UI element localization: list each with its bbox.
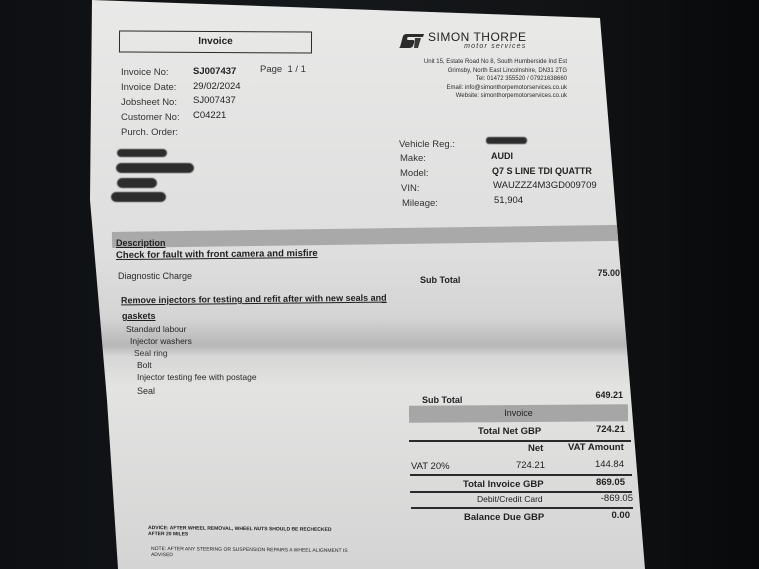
payment-method-label: Debit/Credit Card xyxy=(477,494,543,504)
redacted-vehicle-reg xyxy=(486,137,527,144)
page-label-text: Page xyxy=(260,64,282,75)
description-header-bar xyxy=(112,225,620,248)
description-header: Description xyxy=(116,238,166,248)
balance-due-value: 0.00 xyxy=(585,510,630,521)
job-title-continued: gaskets xyxy=(122,311,156,321)
net-column-header: Net xyxy=(528,443,543,454)
customer-no-label: Customer No: xyxy=(121,112,180,123)
job-item: Standard labour xyxy=(126,324,187,334)
company-name: SIMON THORPE xyxy=(428,31,526,43)
company-tagline: motor services xyxy=(428,43,526,50)
invoice-title-box: Invoice xyxy=(119,30,312,53)
make-label: Make: xyxy=(400,153,426,164)
redacted-address-line xyxy=(117,178,157,188)
website-line: Website: simonthorpemotorservices.co.uk xyxy=(424,92,567,101)
vehicle-reg-label: Vehicle Reg.: xyxy=(399,139,455,150)
page-label: Page 1 / 1 xyxy=(260,64,306,75)
vat-rate-label: VAT 20% xyxy=(411,461,450,472)
alignment-note: NOTE: AFTER ANY STEERING OR SUSPENSION R… xyxy=(151,546,348,560)
divider xyxy=(410,474,632,476)
email-line: Email: info@simonthorpemotorservices.co.… xyxy=(424,84,567,93)
st-monogram-icon xyxy=(397,33,425,49)
advice-note: ADVICE: AFTER WHEEL REMOVAL, WHEEL NUTS … xyxy=(148,525,332,539)
total-invoice-label: Total Invoice GBP xyxy=(463,479,544,490)
address-line: Grimsby, North East Lincolnshire, DN31 2… xyxy=(424,67,567,76)
job-title: Remove injectors for testing and refit a… xyxy=(121,293,387,306)
invoice-paper: Invoice Invoice No: SJ007437 Page 1 / 1 … xyxy=(0,0,759,569)
model-label: Model: xyxy=(400,168,429,179)
invoice-date-value: 29/02/2024 xyxy=(193,81,241,92)
job-subtotal-value: 75.00 xyxy=(575,268,620,278)
model-value: Q7 S LINE TDI QUATTR xyxy=(492,166,592,176)
total-invoice-value: 869.05 xyxy=(580,477,625,488)
mileage-value: 51,904 xyxy=(494,195,523,206)
jobsheet-no-value: SJ007437 xyxy=(193,95,236,106)
divider xyxy=(411,507,633,509)
vin-value: WAUZZZ4M3GD009709 xyxy=(493,180,597,191)
job-item: Injector washers xyxy=(130,336,192,346)
address-line: Unit 15, Estate Road No 8, South Humbers… xyxy=(424,58,567,67)
payment-amount-value: -869.05 xyxy=(578,493,633,504)
vin-label: VIN: xyxy=(401,183,419,194)
job-item: Diagnostic Charge xyxy=(118,271,192,281)
job-item: Injector testing fee with postage xyxy=(137,372,257,382)
vat-amount-column-header: VAT Amount xyxy=(568,442,624,453)
total-net-value: 724.21 xyxy=(580,424,625,435)
mileage-label: Mileage: xyxy=(402,198,438,209)
total-net-label: Total Net GBP xyxy=(478,426,541,437)
job-item: Bolt xyxy=(137,360,152,370)
customer-no-value: C04221 xyxy=(193,110,226,121)
job-subtotal-label: Sub Total xyxy=(420,275,460,285)
redacted-address-line xyxy=(117,149,167,157)
job-title: Check for fault with front camera and mi… xyxy=(116,248,318,261)
vat-amount-value: 144.84 xyxy=(579,459,624,470)
invoice-date-label: Invoice Date: xyxy=(121,82,176,93)
job-subtotal-label: Sub Total xyxy=(422,395,462,405)
company-logo: SIMON THORPE motor services xyxy=(397,31,526,50)
invoice-no-label: Invoice No: xyxy=(121,67,169,78)
page-value: 1 / 1 xyxy=(287,64,306,75)
invoice-no-value: SJ007437 xyxy=(193,66,236,77)
job-item: Seal ring xyxy=(134,348,168,358)
purch-order-label: Purch. Order: xyxy=(121,127,178,138)
phone-line: Tel: 01472 355520 / 07921638660 xyxy=(424,75,567,84)
jobsheet-no-label: Jobsheet No: xyxy=(121,97,177,108)
job-subtotal-value: 649.21 xyxy=(578,390,623,400)
vat-net-value: 724.21 xyxy=(500,460,545,471)
balance-due-label: Balance Due GBP xyxy=(464,512,544,523)
company-address: Unit 15, Estate Road No 8, South Humbers… xyxy=(424,58,567,101)
make-value: AUDI xyxy=(491,151,513,161)
job-item: Seal xyxy=(137,386,155,396)
redacted-address-line xyxy=(111,192,166,202)
totals-header: Invoice xyxy=(409,408,628,418)
redacted-address-line xyxy=(116,163,194,173)
